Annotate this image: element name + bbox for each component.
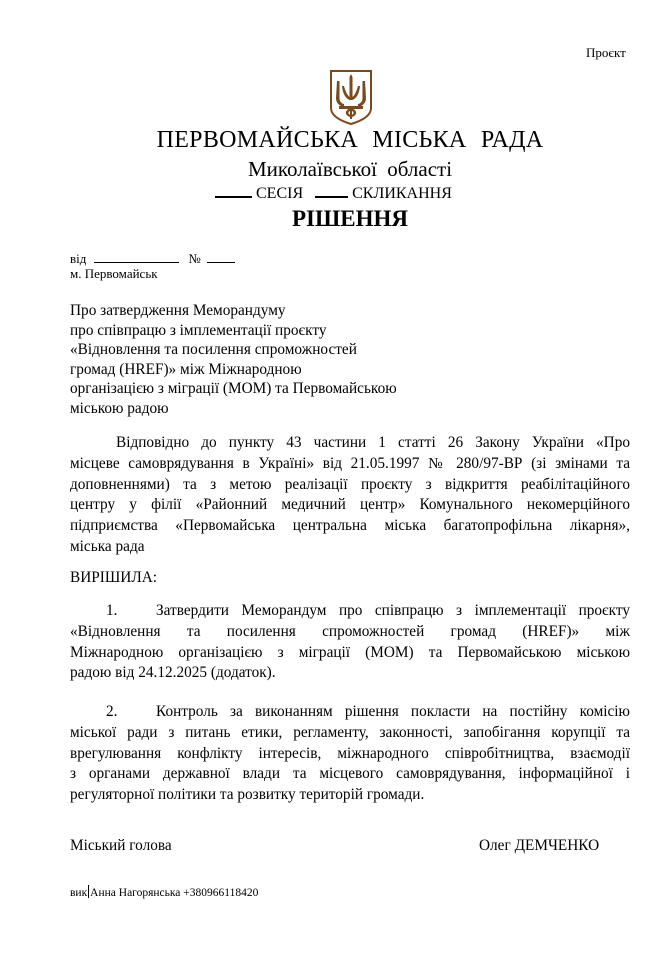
session-label: СЕСІЯ — [256, 185, 303, 202]
coat-of-arms-icon — [328, 68, 374, 126]
council-name-heading: ПЕРВОМАЙСЬКА МІСЬКА РАДА — [0, 127, 666, 154]
subject-line: міською радою — [70, 399, 470, 419]
decision-subject: Про затвердження Меморандуму про співпра… — [70, 301, 470, 419]
preamble-line: підприємства «Первомайська центральна мі… — [70, 516, 630, 537]
decision-item-1: 1. Затвердити Меморандум про співпрацю з… — [70, 601, 630, 684]
preamble-line: доповненнями) та з метою реалізації проє… — [70, 475, 630, 496]
subject-line: організацією з міграції (МОМ) та Первома… — [70, 379, 470, 399]
item-number: 2. — [106, 702, 117, 723]
preamble-line: місцеве самоврядування в Україні» від 21… — [70, 454, 630, 475]
item-line: регуляторної політики та розвитку терито… — [70, 785, 630, 806]
item-line: радою від 24.12.2025 (додаток). — [70, 663, 630, 684]
item-line: Міжнародною організацією з міграції (МОМ… — [70, 643, 630, 664]
preamble-line: міська рада — [70, 537, 630, 558]
document-page: Проєкт ПЕРВОМАЙСЬКА МІС — [0, 0, 666, 958]
item-line: «Відновлення та посилення спроможностей … — [70, 622, 630, 643]
item-line: Затвердити Меморандум про співпрацю з ім… — [70, 601, 630, 622]
convocation-label: СКЛИКАННЯ — [352, 185, 452, 202]
signature-role: Міський голова — [70, 837, 172, 855]
subject-line: громад (HREF)» між Міжнародною — [70, 360, 470, 380]
executor-line: викАнна Нагорянська +380966118420 — [70, 885, 258, 899]
date-number-line: від № — [70, 251, 235, 267]
city-line: м. Первомайськ — [70, 266, 158, 282]
preamble-line: Відповідно до пункту 43 частини 1 статті… — [70, 433, 630, 454]
project-status-label: Проєкт — [586, 45, 626, 61]
preamble-paragraph: Відповідно до пункту 43 частини 1 статті… — [70, 433, 630, 558]
session-number-blank[interactable] — [215, 195, 252, 198]
item-line: Контроль за виконанням рішення покласти … — [70, 702, 630, 723]
number-blank[interactable] — [207, 261, 235, 263]
subject-line: «Відновлення та посилення спроможностей — [70, 340, 470, 360]
session-line: СЕСІЯ СКЛИКАННЯ — [215, 185, 452, 203]
item-number: 1. — [106, 601, 117, 622]
number-sign: № — [188, 251, 200, 266]
item-line: міської ради з питань етики, регламенту,… — [70, 723, 630, 744]
decision-title: РІШЕННЯ — [0, 206, 666, 232]
item-line: врегулювання конфлікту інтересів, міжнар… — [70, 744, 630, 765]
executor-contact: Анна Нагорянська +380966118420 — [90, 887, 258, 899]
executor-prefix: вик — [70, 887, 87, 899]
date-prefix: від — [70, 251, 86, 266]
preamble-line: центру у філії «Районний медичний центр»… — [70, 495, 630, 516]
subject-line: Про затвердження Меморандуму — [70, 301, 470, 321]
decision-item-2: 2. Контроль за виконанням рішення поклас… — [70, 702, 630, 806]
convocation-number-blank[interactable] — [315, 195, 348, 198]
subject-line: про співпрацю з імплементації проєкту — [70, 321, 470, 341]
item-line: з органами державної влади та місцевого … — [70, 764, 630, 785]
signature-name: Олег ДЕМЧЕНКО — [479, 837, 599, 855]
region-subheading: Миколаївської області — [0, 157, 666, 182]
decided-label: ВИРІШИЛА: — [70, 569, 157, 587]
date-blank[interactable] — [94, 261, 179, 263]
